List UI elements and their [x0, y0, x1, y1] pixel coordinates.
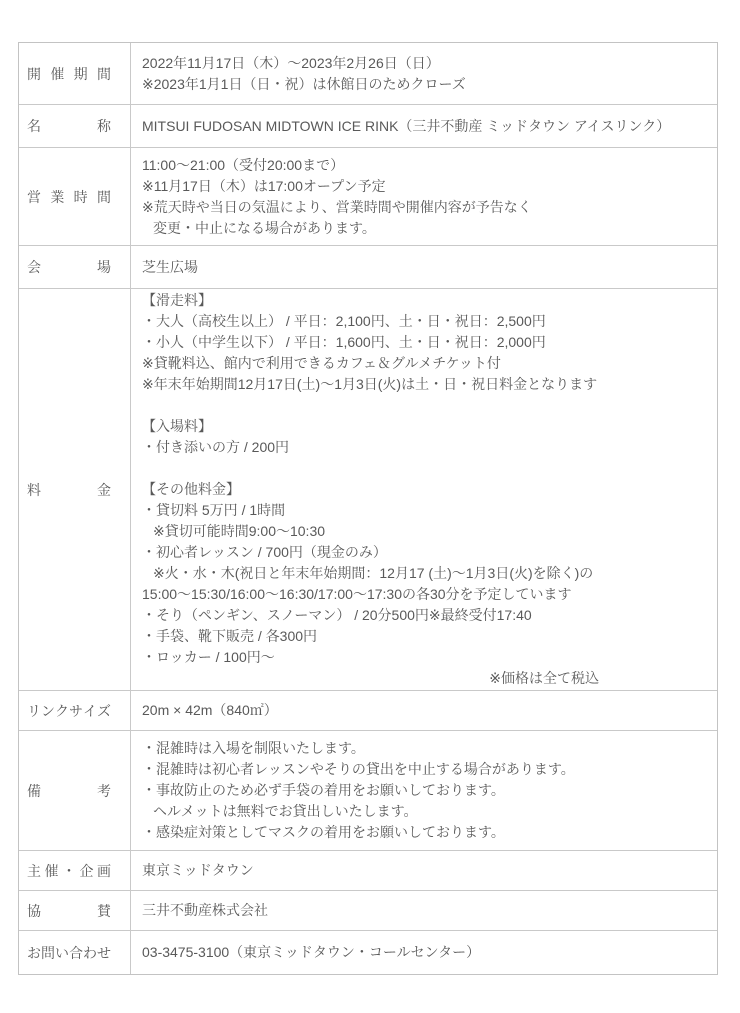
content-line: ・初心者レッスン / 700円（現金のみ）: [142, 542, 709, 563]
content-line: 03-3475-3100（東京ミッドタウン・コールセンター）: [142, 942, 709, 963]
row-content: 三井不動産株式会社: [131, 891, 717, 930]
table-row-sponsor: 協賛 三井不動産株式会社: [19, 891, 717, 931]
table-row-event-period: 開催期間 2022年11月17日（木）〜2023年2月26日（日） ※2023年…: [19, 43, 717, 105]
content-line: 【入場料】: [142, 416, 709, 437]
table-row-event-name: 名称 MITSUI FUDOSAN MIDTOWN ICE RINK（三井不動産…: [19, 105, 717, 148]
row-label: 主催・企画: [19, 851, 131, 890]
row-label: 名称: [19, 105, 131, 147]
row-content: 【滑走料】 ・大人（高校生以上） / 平日：2,100円、土・日・祝日：2,50…: [131, 289, 717, 690]
content-line: ・ロッカー / 100円〜: [142, 647, 709, 668]
row-label-text: 備考: [27, 781, 111, 801]
row-label: 協賛: [19, 891, 131, 930]
content-line-blank: [142, 395, 709, 416]
row-label: 会場: [19, 246, 131, 288]
content-line: MITSUI FUDOSAN MIDTOWN ICE RINK（三井不動産 ミッ…: [142, 116, 709, 137]
row-label: 料金: [19, 289, 131, 690]
content-line: ※荒天時や当日の気温により、営業時間や開催内容が予告なく: [142, 197, 709, 218]
row-label-text: 開催期間: [27, 64, 111, 84]
content-line: ・混雑時は入場を制限いたします。: [142, 738, 709, 759]
content-line: ・混雑時は初心者レッスンやそりの貸出を中止する場合があります。: [142, 759, 709, 780]
row-content: 20m × 42m（840㎡）: [131, 691, 717, 730]
row-label-text: 主催・企画: [27, 861, 111, 881]
content-line: ・そり（ペンギン、スノーマン） / 20分500円※最終受付17:40: [142, 605, 709, 626]
content-line-blank: [142, 458, 709, 479]
content-line: ・付き添いの方 / 200円: [142, 437, 709, 458]
table-row-organizer: 主催・企画 東京ミッドタウン: [19, 851, 717, 891]
row-label: 営業時間: [19, 148, 131, 245]
row-label-text: 営業時間: [27, 187, 111, 207]
row-content: 03-3475-3100（東京ミッドタウン・コールセンター）: [131, 931, 717, 974]
content-line: 三井不動産株式会社: [142, 900, 709, 921]
row-label: お問い合わせ: [19, 931, 131, 974]
content-line: ・事故防止のため必ず手袋の着用をお願いしております。: [142, 780, 709, 801]
content-line: 東京ミッドタウン: [142, 860, 709, 881]
content-line: ・感染症対策としてマスクの着用をお願いしております。: [142, 822, 709, 843]
row-content: 11:00〜21:00（受付20:00まで） ※11月17日（木）は17:00オ…: [131, 148, 717, 245]
content-line: 変更・中止になる場合があります。: [142, 218, 709, 239]
row-content: 東京ミッドタウン: [131, 851, 717, 890]
content-line: ※年末年始期間12月17日(土)〜1月3日(火)は土・日・祝日料金となります: [142, 374, 709, 395]
content-line: ・手袋、靴下販売 / 各300円: [142, 626, 709, 647]
row-label: リンクサイズ: [19, 691, 131, 730]
content-line: ・大人（高校生以上） / 平日：2,100円、土・日・祝日：2,500円: [142, 311, 709, 332]
content-line: ・貸切料 5万円 / 1時間: [142, 500, 709, 521]
row-content: 2022年11月17日（木）〜2023年2月26日（日） ※2023年1月1日（…: [131, 43, 717, 104]
content-line: 20m × 42m（840㎡）: [142, 700, 709, 721]
row-content: ・混雑時は入場を制限いたします。 ・混雑時は初心者レッスンやそりの貸出を中止する…: [131, 731, 717, 850]
content-line: 11:00〜21:00（受付20:00まで）: [142, 155, 709, 176]
content-line: 【滑走料】: [142, 290, 709, 311]
content-line: ※11月17日（木）は17:00オープン予定: [142, 176, 709, 197]
row-label-text: 会場: [27, 257, 111, 277]
event-info-table: 開催期間 2022年11月17日（木）〜2023年2月26日（日） ※2023年…: [18, 42, 718, 975]
content-line: ※貸切可能時間9:00〜10:30: [142, 521, 709, 542]
content-line: 芝生広場: [142, 257, 709, 278]
content-line: 2022年11月17日（木）〜2023年2月26日（日）: [142, 53, 709, 74]
content-line: 【その他料金】: [142, 479, 709, 500]
table-row-rink-size: リンクサイズ 20m × 42m（840㎡）: [19, 691, 717, 731]
table-row-business-hours: 営業時間 11:00〜21:00（受付20:00まで） ※11月17日（木）は1…: [19, 148, 717, 246]
row-label: 開催期間: [19, 43, 131, 104]
content-line: ヘルメットは無料でお貸出しいたします。: [142, 801, 709, 822]
row-label-text: 協賛: [27, 901, 111, 921]
table-row-remarks: 備考 ・混雑時は入場を制限いたします。 ・混雑時は初心者レッスンやそりの貸出を中…: [19, 731, 717, 851]
content-line: ※貸靴料込、館内で利用できるカフェ＆グルメチケット付: [142, 353, 709, 374]
row-content: 芝生広場: [131, 246, 717, 288]
tax-included-note: ※価格は全て税込: [142, 668, 709, 689]
row-label-text: リンクサイズ: [27, 701, 111, 721]
content-line: 15:00〜15:30/16:00〜16:30/17:00〜17:30の各30分…: [142, 584, 709, 605]
row-label: 備考: [19, 731, 131, 850]
row-content: MITSUI FUDOSAN MIDTOWN ICE RINK（三井不動産 ミッ…: [131, 105, 717, 147]
row-label-text: 名称: [27, 116, 111, 136]
content-line: ・小人（中学生以下） / 平日：1,600円、土・日・祝日：2,000円: [142, 332, 709, 353]
table-row-fees: 料金 【滑走料】 ・大人（高校生以上） / 平日：2,100円、土・日・祝日：2…: [19, 289, 717, 691]
content-line: ※2023年1月1日（日・祝）は休館日のためクローズ: [142, 74, 709, 95]
row-label-text: 料金: [27, 480, 111, 500]
table-row-venue: 会場 芝生広場: [19, 246, 717, 289]
content-line: ※火・水・木(祝日と年末年始期間：12月17 (土)〜1月3日(火)を除く)の: [142, 563, 709, 584]
document-sheet: 開催期間 2022年11月17日（木）〜2023年2月26日（日） ※2023年…: [0, 0, 740, 1013]
table-row-contact: お問い合わせ 03-3475-3100（東京ミッドタウン・コールセンター）: [19, 931, 717, 974]
row-label-text: お問い合わせ: [27, 943, 111, 963]
